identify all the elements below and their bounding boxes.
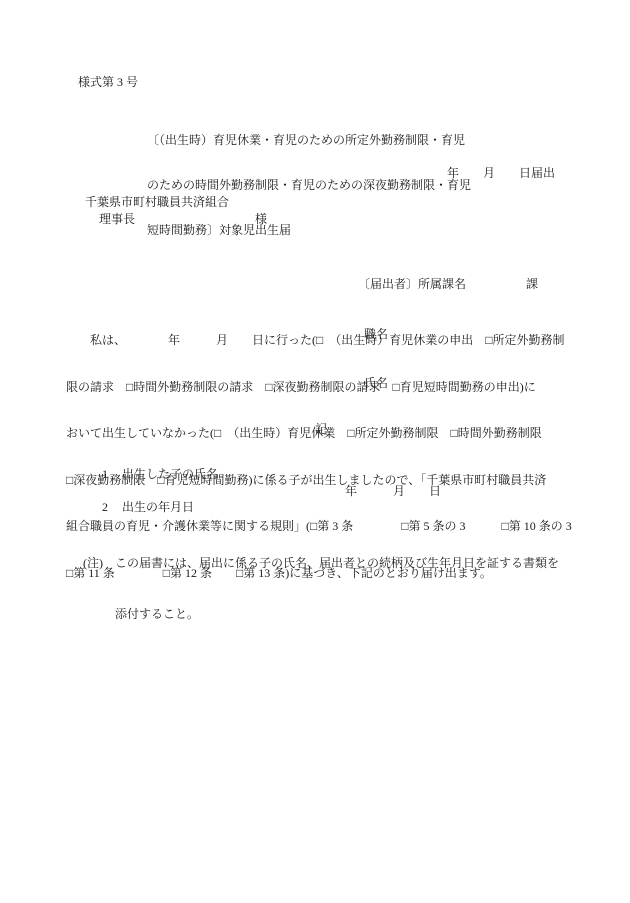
- form-page: 様式第 3 号 〔（出生時）育児休業・育児のための所定外勤務制限・育児 のための…: [0, 0, 630, 903]
- form-number: 様式第 3 号: [78, 75, 138, 91]
- birth-date-blanks: 年 月 日: [345, 484, 441, 500]
- form-title-line-1: 〔（出生時）育児休業・育児のための所定外勤務制限・育児: [147, 133, 471, 148]
- list-header: 記: [66, 422, 576, 438]
- body-line-1: 私は、 年 月 日に行った(□ （出生時）育児休業の申出 □所定外勤務制: [66, 333, 576, 349]
- item-number: 1: [102, 467, 122, 483]
- body-line-2: 限の請求 □時間外勤務制限の請求 □深夜勤務制限の請求 □育児短時間勤務の申出)…: [66, 380, 576, 396]
- addressee-organization: 千葉県市町村職員共済組合: [85, 195, 229, 211]
- item-number: 2: [102, 500, 122, 516]
- submission-date-line: 年 月 日届出: [447, 166, 555, 182]
- note-line-2: 添付すること。: [83, 606, 559, 623]
- form-title-line-2: のための時間外勤務制限・育児のための深夜勤務制限・育児: [147, 178, 471, 193]
- item-label: 出生の年月日: [122, 500, 194, 514]
- applicant-department-line: 〔届出者〕所属課名 課: [358, 276, 538, 293]
- note-block: (注) この届書には、届出に係る子の氏名、届出者との続柄及び生年月日を証する書類…: [83, 521, 559, 657]
- addressee-director-line: 理事長 様: [99, 212, 267, 228]
- note-line-1: (注) この届書には、届出に係る子の氏名、届出者との続柄及び生年月日を証する書類…: [83, 555, 559, 572]
- item-label: 出生した子の氏名: [122, 467, 218, 481]
